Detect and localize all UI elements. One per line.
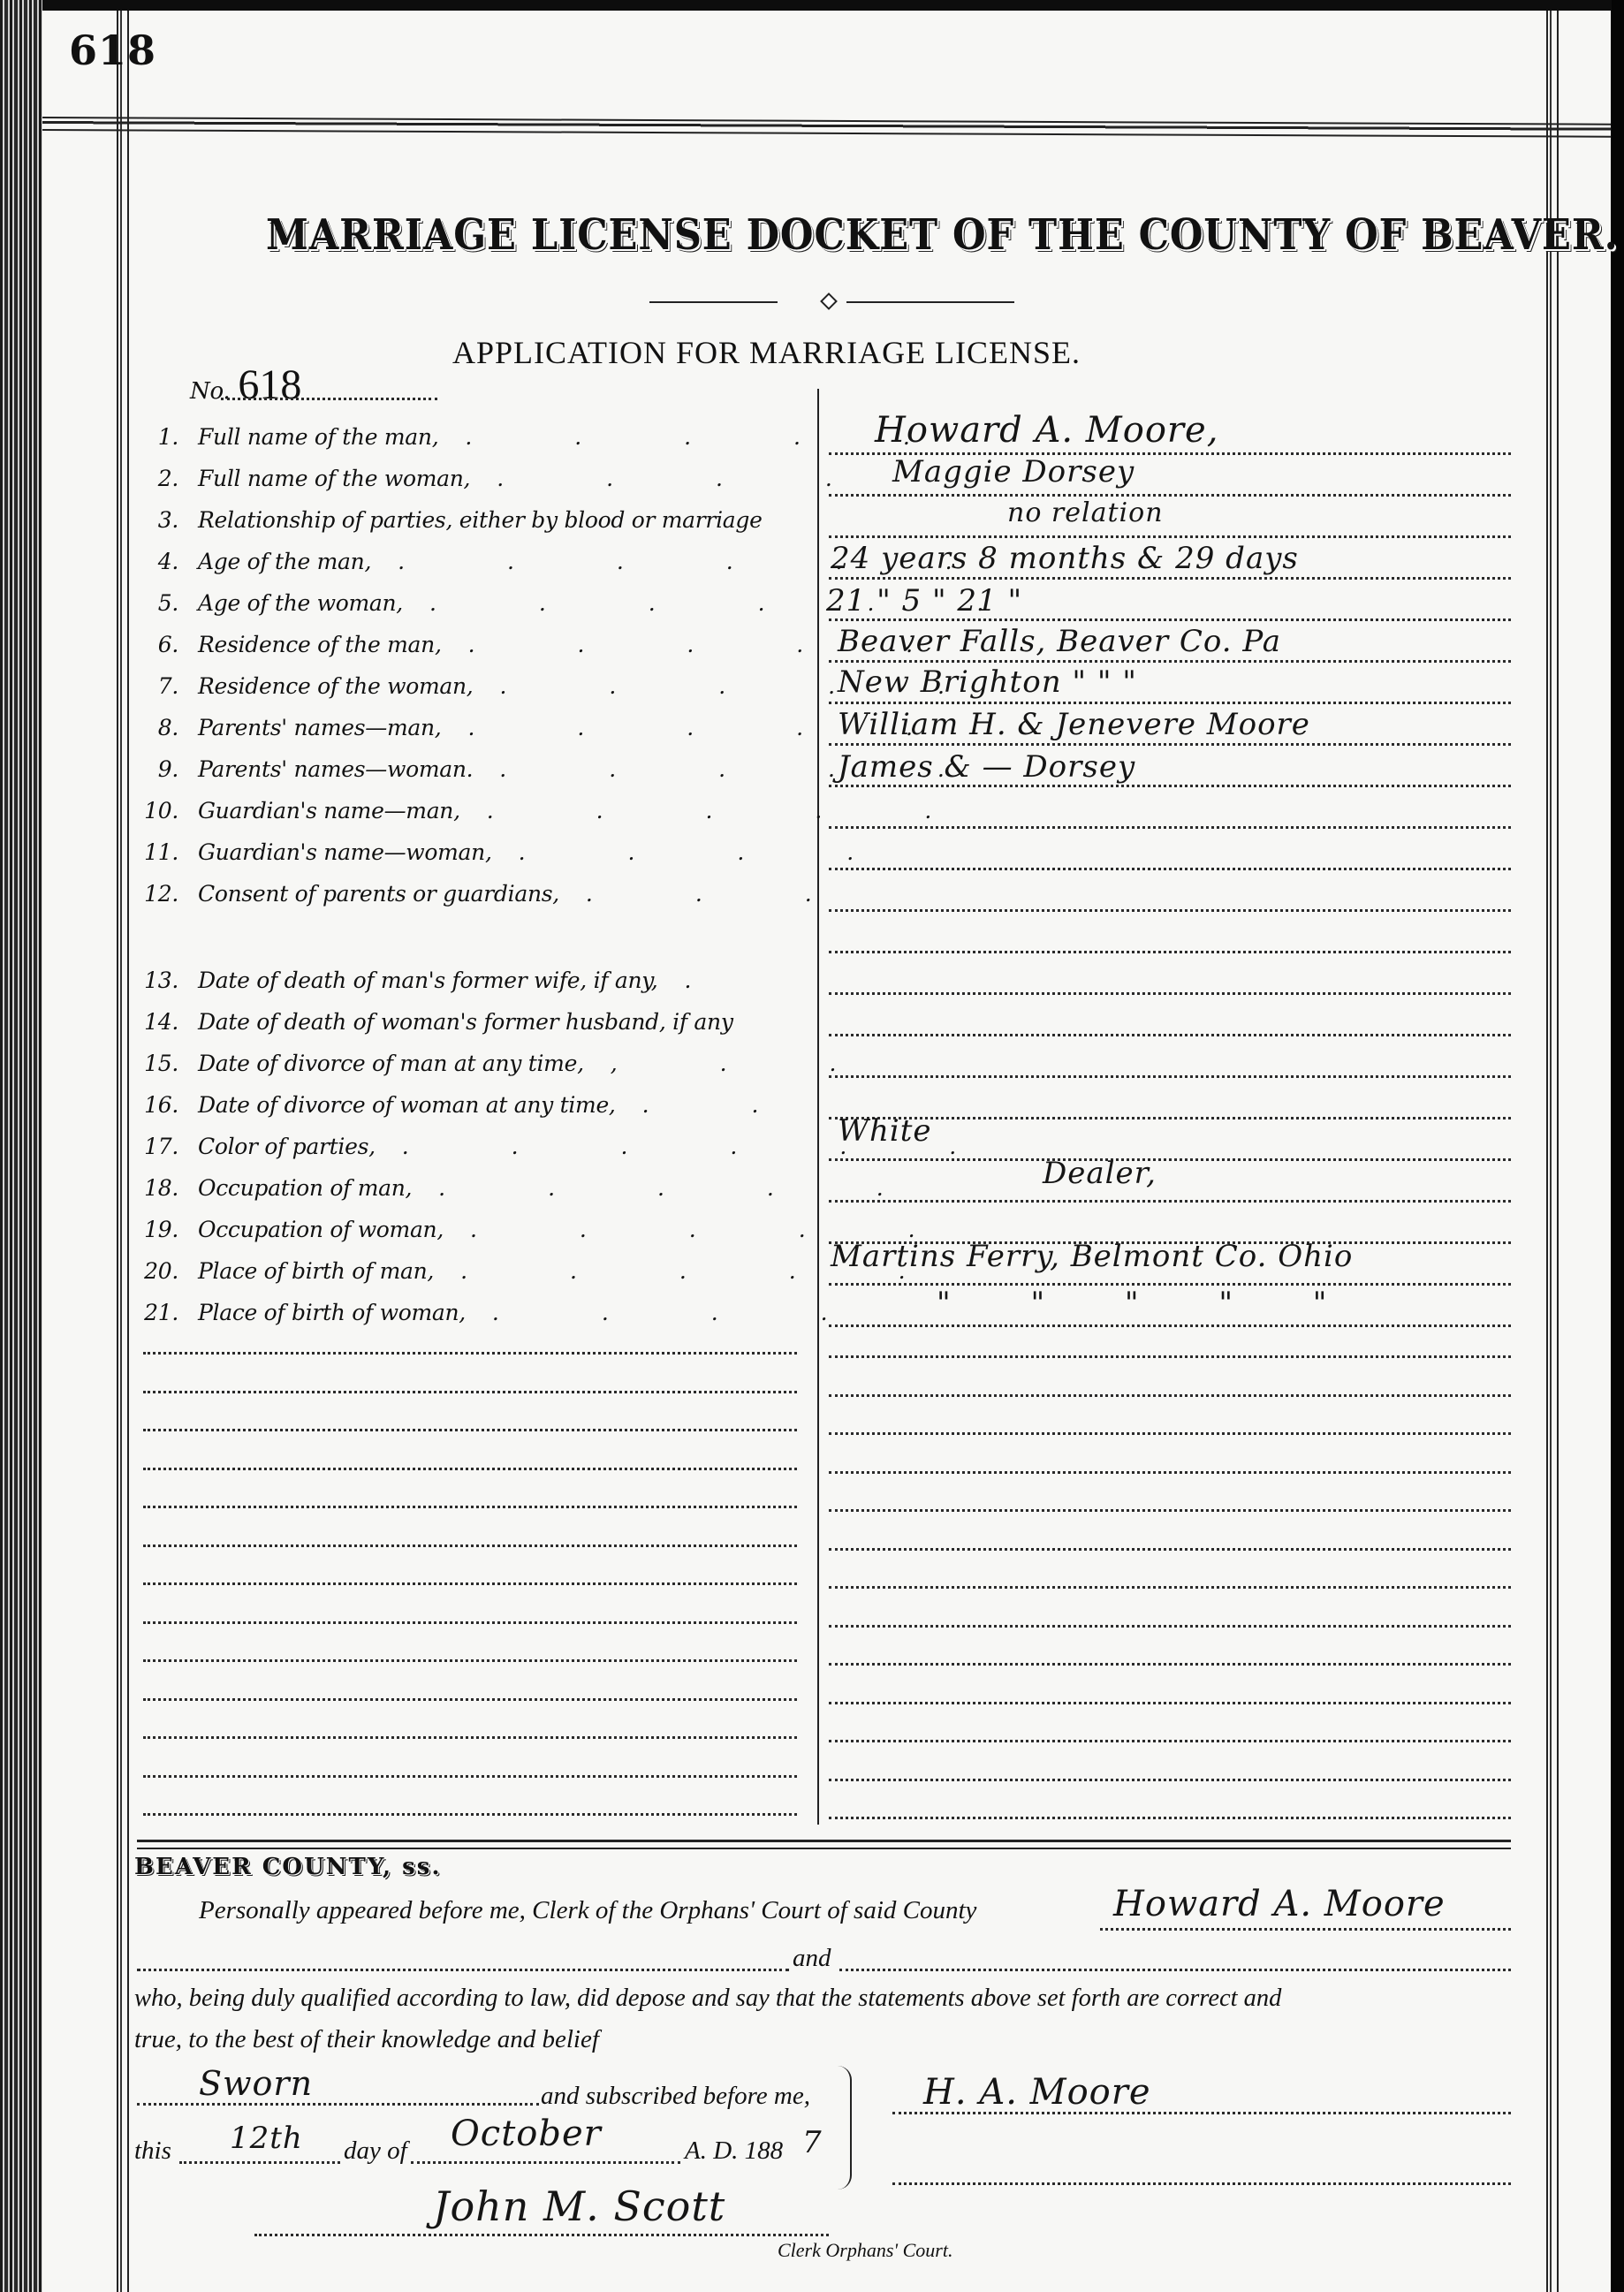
blank-line-right	[829, 1548, 1511, 1551]
book-binding-edge	[0, 0, 42, 2292]
and-text: and	[793, 1944, 831, 1973]
answer-line	[829, 619, 1511, 621]
left-margin-rule	[117, 11, 129, 2292]
blank-line-right	[829, 1394, 1511, 1397]
answer-man-name: Howard A. Moore,	[875, 410, 1218, 451]
clerk-title: Clerk Orphans' Court.	[778, 2239, 952, 2262]
blank-line-right	[829, 1663, 1511, 1666]
blank-line-left	[143, 1468, 797, 1470]
clerk-signature: John M. Scott	[433, 2182, 725, 2230]
scan-edge	[1612, 0, 1624, 2292]
answer-line	[829, 1075, 1511, 1078]
answer-man-occupation: Dealer,	[1043, 1156, 1157, 1191]
field-14: 14.Date of death of woman's former husba…	[133, 1009, 760, 1035]
field-6: 6.Residence of the man,. . . . .	[133, 632, 960, 657]
appeared-text: Personally appeared before me, Clerk of …	[199, 1896, 976, 1925]
answer-man-age: 24 years 8 months & 29 days	[831, 541, 1299, 576]
blank-line-right	[829, 1471, 1511, 1474]
answer-man-birthplace: Martins Ferry, Belmont Co. Ohio	[831, 1239, 1353, 1274]
ornament-line-left	[649, 301, 778, 303]
blank-line-right	[829, 1740, 1511, 1742]
blank-line-left	[143, 1813, 797, 1816]
answer-line	[829, 1200, 1511, 1203]
answer-line	[829, 535, 1511, 538]
statement-line-1: who, being duly qualified according to l…	[134, 1985, 1281, 2013]
blank-line-left	[143, 1582, 797, 1585]
answer-woman-residence: New Brighton " " "	[838, 664, 1137, 700]
answer-woman-parents: James & — Dorsey	[838, 749, 1135, 785]
field-21: 21.Place of birth of woman,. . . .	[133, 1300, 876, 1325]
field-8: 8.Parents' names—man,. . . . .	[133, 715, 960, 740]
answer-line	[829, 951, 1511, 953]
month-line	[411, 2161, 680, 2164]
form-subtitle: APPLICATION FOR MARRIAGE LICENSE.	[452, 334, 1081, 371]
year-suffix: 7	[802, 2125, 823, 2160]
blank-line-left	[143, 1352, 797, 1355]
blank-line-left	[143, 1621, 797, 1624]
appeared-name-line-1	[1100, 1928, 1511, 1931]
answer-line	[829, 1034, 1511, 1036]
blank-line-left	[143, 1775, 797, 1778]
subscribed-text: and subscribed before me,	[541, 2082, 810, 2111]
clerk-signature-line	[254, 2234, 829, 2236]
answer-woman-birthplace: " " " " "	[937, 1286, 1362, 1321]
number-value: 618	[238, 361, 301, 408]
day-of-text: day of	[344, 2136, 407, 2166]
county-heading: BEAVER COUNTY, ss.	[134, 1854, 442, 1880]
field-18: 18.Occupation of man,. . . . .	[133, 1175, 931, 1201]
appeared-name-1: Howard A. Moore	[1113, 1884, 1446, 1924]
appeared-name-line-2b	[839, 1969, 1511, 1971]
folio-number: 618	[69, 27, 156, 74]
blank-line-left	[143, 1659, 797, 1662]
blank-line-left	[143, 1391, 797, 1393]
appeared-name-line-2a	[137, 1969, 789, 1971]
answer-line	[829, 743, 1511, 746]
blank-line-left	[143, 1506, 797, 1508]
field-13: 13.Date of death of man's former wife, i…	[133, 968, 739, 993]
second-signature-line	[892, 2182, 1511, 2185]
answer-line	[829, 1324, 1511, 1327]
answer-man-parents: William H. & Jenevere Moore	[838, 707, 1310, 742]
section-separator	[137, 1840, 1511, 1849]
blank-line-right	[829, 1625, 1511, 1628]
this-text: this	[134, 2136, 171, 2166]
answer-line	[829, 868, 1511, 870]
docket-title: MARRIAGE LICENSE DOCKET OF THE COUNTY OF…	[266, 210, 1395, 260]
blank-line-left	[143, 1544, 797, 1547]
blank-line-left	[143, 1429, 797, 1431]
answer-line	[829, 494, 1511, 497]
answer-relationship: no relation	[1007, 497, 1164, 528]
answer-line	[829, 577, 1511, 580]
answer-line	[829, 909, 1511, 912]
day-value: 12th	[230, 2121, 303, 2156]
blank-line-right	[829, 1509, 1511, 1512]
ad-text: A. D. 188	[685, 2136, 783, 2166]
sworn-value: Sworn	[199, 2064, 313, 2103]
month-value: October	[451, 2114, 602, 2154]
field-1: 1.Full name of the man,. . . . .	[133, 424, 958, 450]
statement-line-2: true, to the best of their knowledge and…	[134, 2025, 599, 2054]
blank-line-right	[829, 1817, 1511, 1819]
blank-line-right	[829, 1432, 1511, 1435]
answer-line	[829, 785, 1511, 787]
blank-line-right	[829, 1586, 1511, 1589]
ornament-line-right	[846, 301, 1014, 303]
applicant-signature: H. A. Moore	[923, 2072, 1151, 2113]
number-underline	[221, 398, 437, 400]
day-line	[179, 2161, 340, 2164]
answer-woman-age: 21 " 5 " 21 "	[826, 583, 1022, 619]
sworn-line	[137, 2103, 539, 2106]
answer-line	[829, 1158, 1511, 1161]
brace	[838, 2066, 852, 2190]
answer-line	[829, 826, 1511, 829]
answer-woman-name: Maggie Dorsey	[892, 454, 1135, 490]
application-number: No. 618	[190, 360, 301, 409]
answer-man-residence: Beaver Falls, Beaver Co. Pa	[838, 624, 1281, 659]
answer-line	[829, 660, 1511, 663]
answer-line	[829, 992, 1511, 995]
field-16: 16.Date of divorce of woman at any time,…	[133, 1092, 806, 1118]
answer-line	[829, 702, 1511, 704]
field-3: 3.Relationship of parties, either by blo…	[133, 507, 789, 533]
field-15: 15.Date of divorce of man at any time,, …	[133, 1051, 884, 1076]
blank-line-left	[143, 1698, 797, 1701]
right-margin-rule	[1546, 11, 1559, 2292]
blank-line-right	[829, 1702, 1511, 1704]
answer-color: White	[838, 1113, 932, 1149]
field-11: 11.Guardian's name—woman,. . . .	[133, 839, 901, 865]
blank-line-left	[143, 1736, 797, 1739]
field-10: 10.Guardian's name—man,. . . . .	[133, 798, 979, 823]
field-2: 2.Full name of the woman,. . . .	[133, 466, 880, 491]
applicant-signature-line	[892, 2112, 1511, 2114]
blank-line-right	[829, 1779, 1511, 1781]
number-label: No.	[190, 378, 230, 405]
blank-line-right	[829, 1355, 1511, 1358]
field-12: 12.Consent of parents or guardians,. . .	[133, 881, 860, 907]
